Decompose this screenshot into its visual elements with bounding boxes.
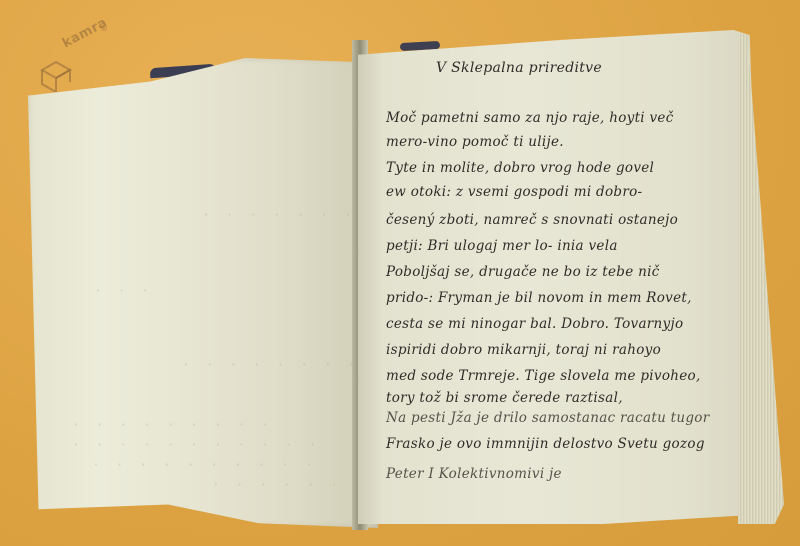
bleed-through-line: · · · · · · · · · · · xyxy=(68,438,316,453)
handwritten-line: Tyte in molite, dobro vrog hode govel xyxy=(386,160,654,176)
handwritten-line: česený zboti, namreč s snovnati ostanejo xyxy=(386,212,678,228)
handwritten-line: mero-vino pomoč ti ulije. xyxy=(386,134,564,150)
handwritten-line: cesta se mi ninogar bal. Dobro. Tovarnyj… xyxy=(386,316,683,332)
handwritten-line: Moč pametni samo za njo raje, hoyti več xyxy=(386,110,674,126)
bleed-through-line: · · · · · · · · xyxy=(178,358,355,373)
handwritten-line: ispiridi dobro mikarnji, toraj ni rahoyo xyxy=(386,342,661,358)
handwritten-line: petji: Bri ulogaj mer lo- inia vela xyxy=(386,238,618,254)
registered-mark: ® xyxy=(100,24,108,33)
page-title: V Sklepalna prireditve xyxy=(436,60,602,76)
handwritten-line: med sode Trmreje. Tige slovela me pivohe… xyxy=(386,368,701,384)
handwritten-line: prido-: Fryman je bil novom in mem Rovet… xyxy=(386,290,692,306)
handwritten-line: ew otoki: z vsemi gospodi mi dobro- xyxy=(386,184,642,200)
bleed-through-line: · · · · · · · · · · xyxy=(88,458,313,473)
left-page-blank: · · · · · · · · · · · · · · · · · · · · … xyxy=(28,58,378,528)
handwritten-line: Frasko je ovo immnijin delostvo Svetu go… xyxy=(386,436,705,452)
watermark-logo: kamra ® xyxy=(38,22,128,92)
handwritten-line: Poboljšaj se, drugače ne bo iz tebe nič xyxy=(386,264,660,280)
handwritten-line: tory tož bi srome čerede raztisal, xyxy=(386,390,623,406)
page-edges xyxy=(738,34,784,524)
bleed-through-line: · · · · · · · xyxy=(198,208,352,223)
bleed-through-line: · · · xyxy=(90,284,149,299)
watermark-text: kamra xyxy=(60,15,110,51)
handwritten-line-pencil: Peter I Kolektivnomivi je xyxy=(386,466,562,482)
handwritten-line-pencil: Na pesti Jža je drilo samostanac racatu … xyxy=(386,410,710,426)
cube-logo-icon xyxy=(38,52,78,92)
bleed-through-line: · · · · · · · · · xyxy=(68,418,269,433)
